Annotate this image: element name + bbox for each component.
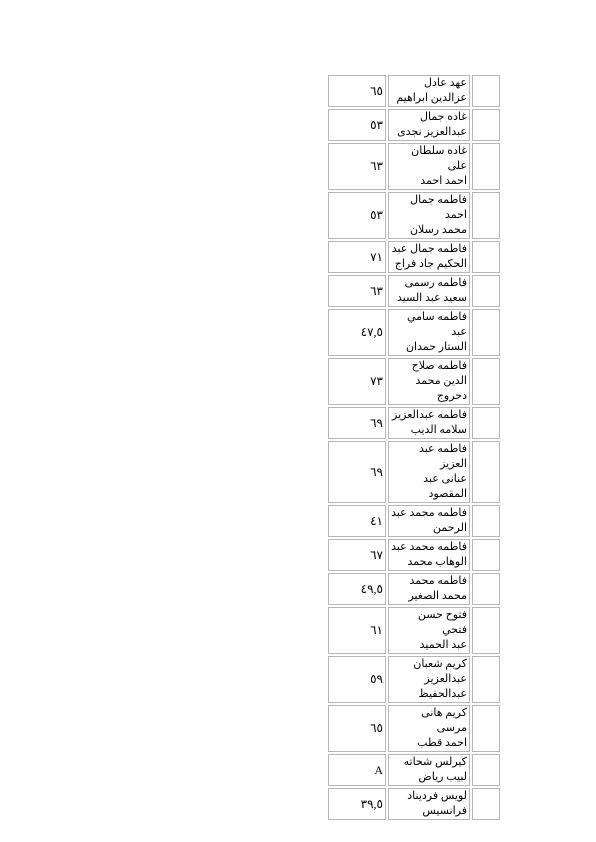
table-row: فاطمه جمال احمد محمد رسلان ٥٣ [328,192,500,239]
student-name-cell: غاده سلطان على احمد احمد [388,143,470,190]
status-cell [472,539,500,571]
score-cell: ٦٩ [328,441,386,503]
status-cell [472,705,500,752]
table-row: غاده سلطان على احمد احمد ٦٣ [328,143,500,190]
table-row: لويس فرديناد فرانسيس ٣٩,٥ [328,788,500,820]
score-cell: ٦٩ [328,407,386,439]
table-row: فاطمه عبدالعزيز سلامه الديب ٦٩ [328,407,500,439]
grades-table: عهد عادل عزالدين ابراهيم ٦٥ غاده جمال عب… [326,73,502,822]
student-name-cell: فاطمه عبد العزيز عنانى عبد المقصود [388,441,470,503]
table-row: كيرلس شحاته لبيب رياض A [328,754,500,786]
score-cell: ٤١ [328,505,386,537]
table-row: فتوح حسن فتحي عبد الحميد ٦١ [328,607,500,654]
student-name-cell: فتوح حسن فتحي عبد الحميد [388,607,470,654]
score-cell: ٦٧ [328,539,386,571]
table-row: فاطمه جمال عبد الحكيم جاد فراج ٧١ [328,241,500,273]
score-cell: ٦٥ [328,75,386,107]
table-row: كريم شعبان عبدالعزيز عبدالحفيظ ٥٩ [328,656,500,703]
student-name-cell: فاطمه جمال عبد الحكيم جاد فراج [388,241,470,273]
table-row: فاطمه محمد محمد الصغير ٤٩,٥ [328,573,500,605]
status-cell [472,109,500,141]
score-cell: ٤٩,٥ [328,573,386,605]
score-cell: ٥٣ [328,109,386,141]
status-cell [472,143,500,190]
table-row: فاطمه صلاح الدين محمد دحروج ٧٣ [328,358,500,405]
table-row: كريم هانى مرسى احمد قطب ٦٥ [328,705,500,752]
table-row: فاطمه عبد العزيز عنانى عبد المقصود ٦٩ [328,441,500,503]
student-name-cell: كيرلس شحاته لبيب رياض [388,754,470,786]
status-cell [472,358,500,405]
student-name-cell: فاطمه صلاح الدين محمد دحروج [388,358,470,405]
status-cell [472,656,500,703]
score-cell: ٧١ [328,241,386,273]
table-row: غاده جمال عبدالعزيز نجدى ٥٣ [328,109,500,141]
grades-table-body: عهد عادل عزالدين ابراهيم ٦٥ غاده جمال عب… [328,75,500,820]
score-cell: ٦٣ [328,143,386,190]
status-cell [472,441,500,503]
student-name-cell: فاطمه محمد عبد الرحمن [388,505,470,537]
status-cell [472,788,500,820]
status-cell [472,573,500,605]
score-cell: ٦٣ [328,275,386,307]
student-name-cell: لويس فرديناد فرانسيس [388,788,470,820]
student-name-cell: غاده جمال عبدالعزيز نجدى [388,109,470,141]
status-cell [472,607,500,654]
status-cell [472,309,500,356]
status-cell [472,275,500,307]
status-cell [472,505,500,537]
table-row: فاطمه رسمى سعيد عبد السيد ٦٣ [328,275,500,307]
student-name-cell: كريم هانى مرسى احمد قطب [388,705,470,752]
score-cell: ٥٩ [328,656,386,703]
score-cell: ٥٣ [328,192,386,239]
student-name-cell: فاطمه رسمى سعيد عبد السيد [388,275,470,307]
student-name-cell: كريم شعبان عبدالعزيز عبدالحفيظ [388,656,470,703]
document-page: عهد عادل عزالدين ابراهيم ٦٥ غاده جمال عب… [0,0,596,842]
table-row: عهد عادل عزالدين ابراهيم ٦٥ [328,75,500,107]
student-name-cell: فاطمه محمد عبد الوهاب محمد [388,539,470,571]
student-name-cell: فاطمه محمد محمد الصغير [388,573,470,605]
status-cell [472,407,500,439]
score-cell: ٧٣ [328,358,386,405]
student-name-cell: فاطمه عبدالعزيز سلامه الديب [388,407,470,439]
student-name-cell: فاطمه جمال احمد محمد رسلان [388,192,470,239]
status-cell [472,754,500,786]
table-row: فاطمه محمد عبد الوهاب محمد ٦٧ [328,539,500,571]
score-cell: ٤٧,٥ [328,309,386,356]
table-row: فاطمه سامي عبد الستار حمدان ٤٧,٥ [328,309,500,356]
score-cell: ٦٥ [328,705,386,752]
student-name-cell: عهد عادل عزالدين ابراهيم [388,75,470,107]
student-name-cell: فاطمه سامي عبد الستار حمدان [388,309,470,356]
score-cell: ٦١ [328,607,386,654]
score-cell: A [328,754,386,786]
table-row: فاطمه محمد عبد الرحمن ٤١ [328,505,500,537]
status-cell [472,192,500,239]
status-cell [472,75,500,107]
score-cell: ٣٩,٥ [328,788,386,820]
status-cell [472,241,500,273]
